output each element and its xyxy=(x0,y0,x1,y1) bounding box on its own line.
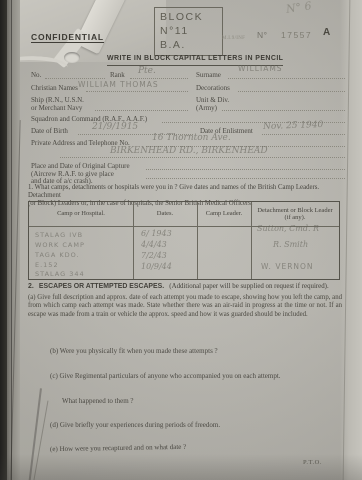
decorations-field-line xyxy=(238,90,345,92)
address-field-line-2 xyxy=(60,156,345,158)
unit-label-1: Unit & Div. xyxy=(196,96,229,104)
address-handwritten-1: 16 Thornton Ave. xyxy=(152,133,231,143)
form-reference: M.I.9/INF xyxy=(222,35,245,43)
table-header-leader: Camp Leader. xyxy=(197,202,251,226)
section-2-heading: 2. ESCAPES OR ATTEMPTED ESCAPES. (Additi… xyxy=(28,283,329,291)
table-header-dates: Dates. xyxy=(133,202,197,226)
camp-entry: TAGA KDO. xyxy=(35,251,80,259)
dob-handwritten: 21/9/1915 xyxy=(92,122,138,132)
christian-field-line xyxy=(86,90,188,92)
punch-hole xyxy=(64,52,80,63)
date-entry: 6/ 1943 xyxy=(141,229,172,238)
date-entry: 10/9/44 xyxy=(141,262,172,271)
decorations-label: Decorations xyxy=(196,84,230,92)
ship-field-line xyxy=(95,109,188,111)
address-handwritten-2: BIRKENHEAD RD., BIRKENHEAD xyxy=(110,146,268,156)
christian-handwritten: WILLIAM THOMAS xyxy=(78,80,159,89)
table-header-block-leader: Detachment or Block Leader (if any). xyxy=(251,202,339,226)
serial-suffix: A xyxy=(323,29,330,37)
bottom-shadow xyxy=(0,454,362,480)
block-stamp: BLOCK N°11 B.A. xyxy=(154,7,223,56)
surname-handwritten: WILLIAMS xyxy=(238,64,283,73)
block-leader-entry: Sutton, Cmd. R xyxy=(257,224,319,233)
question-2c: (c) Give Regimental particulars of anyon… xyxy=(50,372,281,380)
question-2c-followup: What happened to them ? xyxy=(62,397,134,405)
section-2-note: (Additional paper will be supplied on re… xyxy=(169,283,328,290)
rank-field-line xyxy=(130,77,188,79)
question-2a: (a) Give full description and approx. da… xyxy=(28,294,342,319)
section-2-number: 2. xyxy=(28,283,34,290)
question-2b: (b) Were you physically fit when you mad… xyxy=(50,347,218,355)
no-field-line xyxy=(45,77,105,79)
serial-no-label: N° xyxy=(257,31,268,39)
photo-left-edge xyxy=(0,0,7,480)
no-label: No. xyxy=(31,71,41,79)
ship-label-2: or Merchant Navy xyxy=(31,104,82,112)
confidential-label: CONFIDENTIAL xyxy=(31,33,104,43)
pto-label: P.T.O. xyxy=(303,459,322,467)
dob-label: Date of Birth xyxy=(31,127,68,135)
rank-handwritten: Pte. xyxy=(138,66,156,76)
camp-entry: WORK CAMP xyxy=(35,241,85,249)
page-right-edge xyxy=(340,0,362,480)
question-2e: (e) How were you recaptured and on what … xyxy=(50,443,186,453)
surname-field-line xyxy=(228,77,345,79)
enlist-field-line xyxy=(262,133,345,135)
unit-label-2: (Army) xyxy=(196,104,217,112)
camp-entry: STALAG 344 xyxy=(35,270,85,278)
scanned-questionnaire-page: CONFIDENTIAL BLOCK N°11 B.A. M.I.9/INF N… xyxy=(0,0,362,480)
camp-entry: STALAG IVB xyxy=(35,231,83,239)
serial-number: 17557 xyxy=(281,31,312,39)
surname-label: Surname xyxy=(196,71,221,79)
capture-label-1: Place and Date of Original Capture xyxy=(31,162,130,170)
unit-field-line xyxy=(222,109,345,111)
capture-field-line-2 xyxy=(146,177,345,179)
stamp-line3: B.A. xyxy=(160,38,222,52)
date-entry: 7/2/43 xyxy=(141,251,167,260)
ship-label-1: Ship (R.N., U.S.N. xyxy=(31,96,84,104)
capture-field-line-1 xyxy=(146,168,345,170)
rank-label: Rank xyxy=(110,71,125,79)
page-stack-edge xyxy=(7,0,20,480)
stamp-line1: BLOCK xyxy=(160,10,222,24)
question-2d: (d) Give briefly your experiences during… xyxy=(50,421,220,429)
stamp-line2: N°11 xyxy=(160,24,222,38)
table-header-camp: Camp or Hospital. xyxy=(29,202,133,226)
block-leader-entry: W. VERNON xyxy=(261,262,314,271)
question-1-line1: 1. What camps, detachments or hospitals … xyxy=(28,184,340,200)
enlist-handwritten: Nov. 25 1940 xyxy=(263,120,324,132)
christian-names-label: Christian Names xyxy=(31,84,78,92)
date-entry: 4/4/43 xyxy=(141,240,167,249)
pencil-corner-note: N° 6 xyxy=(285,0,312,16)
block-leader-entry: R. Smith xyxy=(273,240,308,249)
camp-entry: E.152 xyxy=(35,261,59,269)
camps-table: Camp or Hospital. Dates. Camp Leader. De… xyxy=(28,201,340,280)
section-2-title: ESCAPES OR ATTEMPTED ESCAPES. xyxy=(39,283,164,290)
